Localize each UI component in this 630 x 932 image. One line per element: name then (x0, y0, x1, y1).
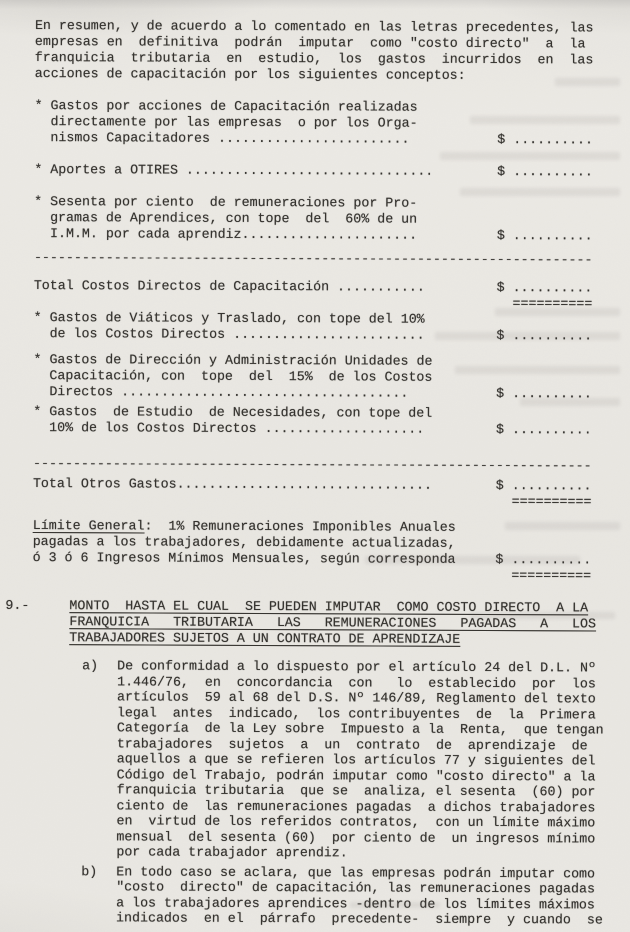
text-line: "costo directo" de capacitación, las rem… (116, 879, 626, 897)
limite-general-lines: pagadas a los trabajadores, debidamente … (33, 534, 628, 585)
text-line: TRABAJADORES SUJETOS A UN CONTRATO DE AP… (69, 630, 627, 648)
text-line: franquicia tributaria que se analiza, el… (117, 782, 627, 800)
text-line: Categoría de la Ley sobre Impuesto a la … (117, 720, 627, 738)
text-line: por cada trabajador aprendiz. (116, 844, 626, 862)
paragraph-a: a) De conformidad a lo dispuesto por el … (31, 658, 627, 862)
document-content: En resumen, y de acuerdo a lo comentado … (31, 18, 630, 928)
cost-item-direct-training: * Gastos por acciones de Capacitación re… (34, 98, 629, 149)
scanned-document-page: En resumen, y de acuerdo a lo comentado … (0, 0, 630, 932)
text-line: Directos ...............................… (33, 384, 628, 403)
text-line: ========== (33, 492, 628, 511)
paragraph-b: b) En todo caso se aclara, que las empre… (31, 863, 626, 928)
text-line: De conformidad a lo dispuesto por el art… (117, 658, 627, 676)
limite-general-label: Límite General (33, 518, 145, 533)
separator-line-2: ----------------------------------------… (33, 456, 628, 475)
intro-paragraph: En resumen, y de acuerdo a lo comentado … (35, 18, 630, 85)
text-line: acciones de capacitación por los siguien… (35, 66, 630, 85)
section-9-heading: MONTO HASTA EL CUAL SE PUEDEN IMPUTAR CO… (69, 598, 627, 648)
text-line: artículos 59 al 68 del D.S. Nº 146/89, R… (117, 689, 627, 707)
total-direct-costs: Total Costos Directos de Capacitación ..… (34, 278, 629, 313)
text-line: indicados en el párrafo precedente- siem… (116, 910, 626, 928)
text-line: * Aportes a OTIRES .....................… (34, 162, 629, 181)
total-other-costs: Total Otros Gastos......................… (33, 476, 628, 511)
text-line: nismos Capacitadores ...................… (34, 130, 629, 149)
text-line: de los Costos Directos .................… (34, 326, 629, 345)
text-line: en virtud de los referidos contratos, co… (116, 813, 626, 831)
text-line: aquellos a que se refieren los artículos… (117, 751, 627, 769)
paragraph-a-text: De conformidad a lo dispuesto por el art… (116, 658, 627, 862)
text-line: I.M.M. por cada aprendiz................… (34, 226, 629, 245)
separator-line: ----------------------------------------… (34, 250, 629, 269)
paragraph-b-text: En todo caso se aclara, que las empresas… (116, 864, 626, 928)
paragraph-a-label: a) (82, 658, 98, 674)
limite-general-intro: : 1% Remuneraciones Imponibles Anuales (144, 518, 455, 534)
text-line: 10% de los Costos Directos .............… (33, 420, 628, 439)
section-9: 9.- MONTO HASTA EL CUAL SE PUEDEN IMPUTA… (32, 598, 627, 649)
cost-item-travel: * Gastos de Viáticos y Traslado, con top… (34, 310, 629, 345)
cost-item-apprentice-programs: * Sesenta por ciento de remuneraciones p… (34, 194, 629, 245)
limite-general: Límite General: 1% Remuneraciones Imponi… (33, 518, 628, 585)
cost-item-needs-study: * Gastos de Estudio de Necesidades, con … (33, 404, 628, 439)
text-line: ========== (33, 566, 628, 585)
cost-item-otires: * Aportes a OTIRES .....................… (34, 162, 629, 181)
section-9-number: 9.- (5, 598, 29, 614)
cost-item-admin: * Gastos de Dirección y Administración U… (33, 352, 628, 403)
paragraph-b-label: b) (81, 864, 97, 880)
